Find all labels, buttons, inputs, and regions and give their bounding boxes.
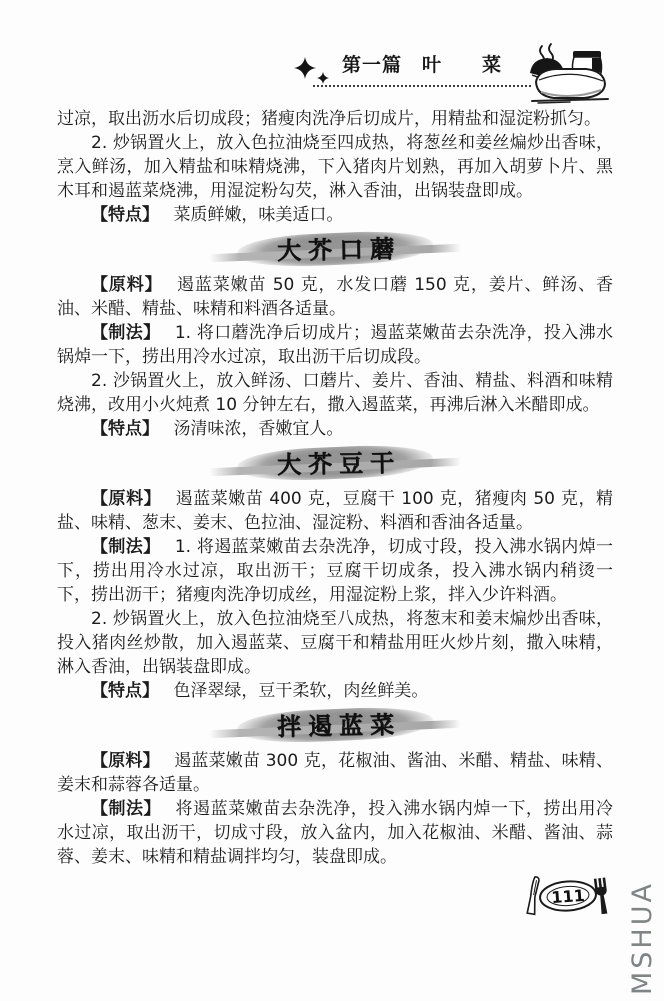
watermark-text: MSHUA — [620, 872, 664, 1001]
page-number: 111 — [551, 886, 586, 907]
method-step: 2. 炒锅置火上，放入色拉油烧至八成热，将葱末和姜末煸炒出香味，投入猪肉丝炒散，… — [57, 607, 613, 679]
recipe-title-banner: 大芥口蘑 — [57, 230, 613, 270]
ingredients-row: 【原料】遏蓝菜嫩苗 50 克，水发口蘑 150 克，姜片、鲜汤、香油、米醋、精盐… — [57, 273, 613, 321]
method-label: 【制法】 — [91, 799, 161, 819]
chapter-title-rule: 第一篇 叶 菜 — [313, 50, 531, 87]
method-label: 【制法】 — [91, 537, 160, 557]
continued-feature-row: 【特点】菜质鲜嫩，味美适口。 — [57, 203, 613, 227]
ingredients-label: 【原料】 — [91, 751, 160, 771]
knife-icon — [527, 876, 540, 914]
recipe-title: 大芥豆干 — [253, 447, 418, 482]
oval-plate-icon: 111 — [539, 880, 597, 913]
feature-row: 【特点】汤清味浓，香嫩宜人。 — [57, 417, 613, 441]
ingredients-row: 【原料】遏蓝菜嫩苗 300 克，花椒油、酱油、米醋、精盐、味精、姜末和蒜蓉各适量… — [57, 749, 613, 797]
method-label: 【制法】 — [91, 323, 160, 343]
continued-text-line: 过凉，取出沥水后切成段；猪瘦肉洗净后切成片，用精盐和湿淀粉抓匀。 — [57, 107, 613, 131]
method-step: 2. 沙锅置火上，放入鲜汤、口蘑片、姜片、香油、精盐、料酒和味精烧沸，改用小火炖… — [57, 369, 613, 417]
recipe-title-banner: 拌遏蓝菜 — [57, 706, 613, 746]
feature-label: 【特点】 — [91, 205, 159, 225]
feature-label: 【特点】 — [91, 681, 159, 701]
recipe-title: 拌遏蓝菜 — [253, 709, 418, 744]
ingredients-label: 【原料】 — [91, 275, 163, 295]
ingredients-label: 【原料】 — [91, 489, 161, 509]
feature-label: 【特点】 — [91, 419, 159, 439]
ingredients-row: 【原料】遏蓝菜嫩苗 400 克，豆腐干 100 克，猪瘦肉 50 克，精盐、味精… — [57, 487, 613, 535]
method-row: 【制法】将遏蓝菜嫩苗去杂洗净，投入沸水锅内焯一下，捞出用冷水过凉，取出沥干，切成… — [57, 797, 613, 869]
recipe-title-banner: 大芥豆干 — [57, 444, 613, 484]
book-page: 第一篇 叶 菜 过凉，取出沥水后切成段；猪瘦肉洗净后切成片，用精盐和湿淀粉抓匀。… — [0, 0, 664, 1001]
feature-row: 【特点】色泽翠绿，豆干柔软，肉丝鲜美。 — [57, 679, 613, 703]
chapter-title: 第一篇 叶 菜 — [342, 54, 502, 76]
steaming-dish-icon — [526, 42, 614, 104]
page-number-badge: 111 — [522, 873, 612, 919]
feature-text: 汤清味浓，香嫩宜人。 — [173, 419, 343, 439]
recipe-title: 大芥口蘑 — [253, 233, 418, 268]
method-row: 【制法】1. 将遏蓝菜嫩苗去杂洗净，切成寸段，投入沸水锅内焯一下，捞出用冷水过凉… — [57, 535, 613, 607]
feature-text: 菜质鲜嫩，味美适口。 — [173, 205, 343, 225]
page-content: 过凉，取出沥水后切成段；猪瘦肉洗净后切成片，用精盐和湿淀粉抓匀。 2. 炒锅置火… — [57, 107, 613, 869]
method-row: 【制法】1. 将口蘑洗净后切成片；遏蓝菜嫩苗去杂洗净，投入沸水锅焯一下，捞出用冷… — [57, 321, 613, 369]
feature-text: 色泽翠绿，豆干柔软，肉丝鲜美。 — [173, 681, 428, 701]
continued-step-2: 2. 炒锅置火上，放入色拉油烧至四成热，将葱丝和姜丝煸炒出香味，烹入鲜汤，加入精… — [57, 131, 613, 203]
